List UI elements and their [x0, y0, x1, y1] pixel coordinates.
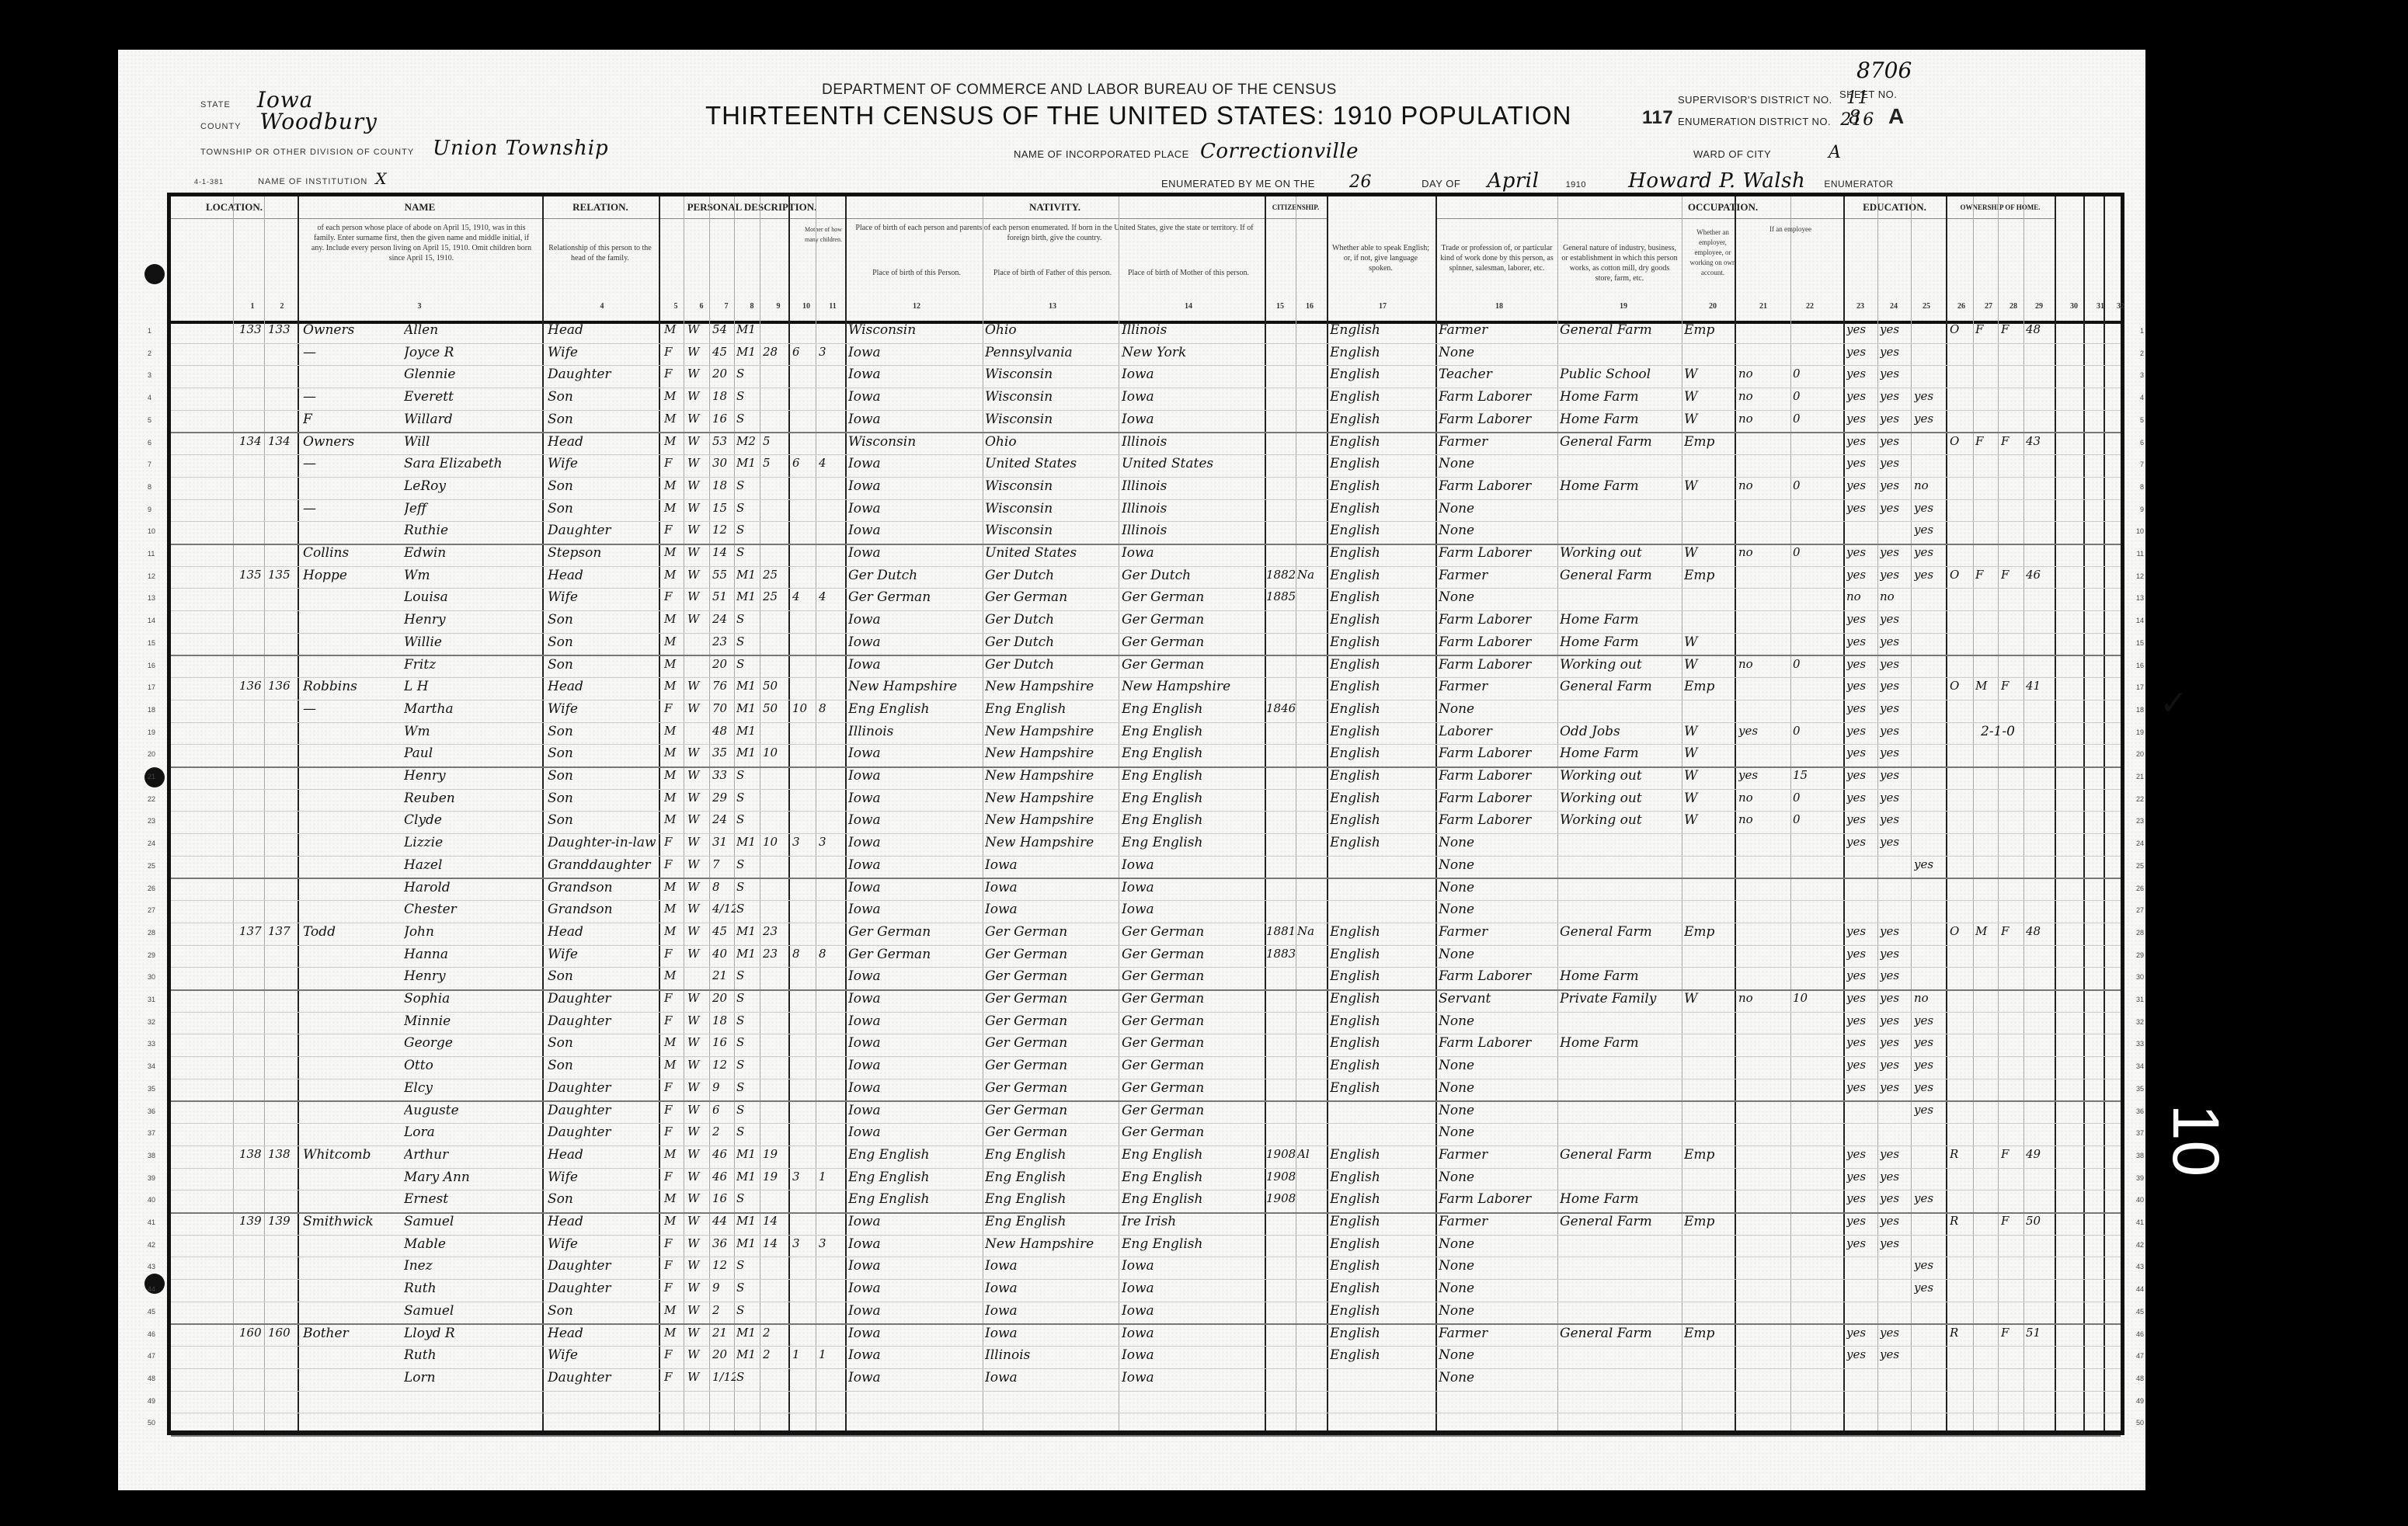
cell-race: W: [687, 1125, 708, 1138]
cell-birth: Wisconsin: [848, 434, 980, 450]
cell-read: yes: [1846, 679, 1877, 693]
cell-age: 23: [712, 634, 736, 648]
colnum-3: 3: [412, 302, 427, 311]
cell-mother-birth: Iowa: [1122, 1326, 1261, 1341]
cell-relation: Wife: [548, 947, 656, 962]
cell-sched: 48: [2026, 322, 2054, 336]
cell-farm: F: [2001, 322, 2023, 336]
cell-birth: Iowa: [848, 1035, 980, 1051]
table-row: 2929HannaWifeFW40M12388Ger GermanGer Ger…: [171, 945, 2121, 968]
cell-relation: Son: [548, 791, 656, 806]
cell-immig: 1908: [1266, 1147, 1296, 1161]
cell-marital: M1: [736, 835, 760, 849]
cell-sched: 43: [2026, 434, 2054, 448]
table-row: 2020PaulSonMW35M110IowaNew HampshireEng …: [171, 744, 2121, 768]
cell-relation: Head: [548, 1214, 656, 1229]
cell-emp: Emp: [1684, 679, 1732, 694]
cell-given: John: [404, 924, 540, 940]
cell-sex: M: [664, 389, 683, 403]
cell-born: 8: [792, 947, 814, 961]
line-number: 6: [148, 439, 151, 447]
cell-sex: F: [664, 1258, 683, 1272]
cell-surname: —: [303, 501, 404, 516]
cell-emp: Emp: [1684, 1326, 1732, 1341]
line-number-right: 6: [2140, 439, 2144, 447]
cell-weeks: 10: [1793, 991, 1841, 1005]
cell-write: yes: [1880, 412, 1909, 426]
cell-given: Jeff: [404, 501, 540, 516]
cell-race: W: [687, 1147, 708, 1161]
cell-write: yes: [1880, 701, 1909, 715]
birth-mother-heading: Place of birth of Mother of this person.: [1122, 268, 1254, 278]
cell-race: W: [687, 768, 708, 782]
checkmark-annotation: ✓: [2159, 683, 2188, 723]
cell-race: W: [687, 1303, 708, 1317]
cell-weeks: 0: [1793, 545, 1841, 559]
cell-industry: Home Farm: [1560, 746, 1676, 761]
enumerated-day: 26: [1349, 172, 1372, 192]
cell-father-birth: Ger German: [985, 947, 1117, 962]
cell-read: yes: [1846, 657, 1877, 671]
cell-given: Minnie: [404, 1013, 540, 1029]
line-number: 21: [148, 773, 155, 780]
cell-given: Lloyd R: [404, 1326, 540, 1341]
colnum-17: 17: [1375, 302, 1390, 311]
cell-marital: S: [736, 968, 760, 982]
line-number: 24: [148, 839, 155, 847]
cell-trade: None: [1439, 1170, 1555, 1185]
cell-sched: 50: [2026, 1214, 2054, 1228]
cell-english: English: [1330, 456, 1434, 471]
cell-sex: F: [664, 367, 683, 381]
cell-mother-birth: Ger Dutch: [1122, 568, 1261, 583]
cell-out: no: [1738, 389, 1788, 403]
cell-age: 36: [712, 1236, 736, 1250]
cell-english: English: [1330, 634, 1434, 650]
cell-mother-birth: New Hampshire: [1122, 679, 1261, 694]
table-row: 66134134OwnersWillHeadMW53M25WisconsinOh…: [171, 433, 2121, 456]
line-number-right: 23: [2136, 817, 2144, 825]
cell-trade: None: [1439, 1370, 1555, 1385]
cell-age: 14: [712, 545, 736, 559]
line-number: 48: [148, 1375, 155, 1382]
cell-race: W: [687, 1258, 708, 1272]
cell-birth: Iowa: [848, 1303, 980, 1319]
cell-read: yes: [1846, 812, 1877, 826]
cell-father-birth: United States: [985, 456, 1117, 471]
institution-field: 4-1-381 NAME OF INSTITUTION X: [194, 169, 388, 188]
line-number-right: 44: [2136, 1285, 2144, 1293]
line-number: 33: [148, 1040, 155, 1048]
line-number-right: 18: [2136, 706, 2144, 714]
cell-birth: Iowa: [848, 1370, 980, 1385]
table-row: 3131SophiaDaughterFW20SIowaGer GermanGer…: [171, 989, 2121, 1013]
cell-weeks: 0: [1793, 657, 1841, 671]
cell-read: yes: [1846, 568, 1877, 582]
cell-marital: S: [736, 857, 760, 871]
cell-own: O: [1950, 434, 1971, 448]
cell-sex: M: [664, 880, 683, 894]
cell-given: Will: [404, 434, 540, 450]
cell-read: yes: [1846, 791, 1877, 805]
cell-weeks: 0: [1793, 367, 1841, 381]
cell-father-birth: Iowa: [985, 880, 1117, 895]
cell-sex: F: [664, 589, 683, 603]
colnum-9: 9: [771, 302, 786, 311]
cell-age: 53: [712, 434, 736, 448]
cell-given: Inez: [404, 1258, 540, 1274]
sheet-no: 8: [1849, 106, 1861, 128]
cell-surname: Collins: [303, 545, 404, 561]
cell-marital: M1: [736, 679, 760, 693]
line-number: 1: [148, 327, 151, 335]
cell-mother-birth: Eng English: [1122, 1236, 1261, 1252]
cell-emp: Emp: [1684, 1147, 1732, 1163]
cell-write: yes: [1880, 1147, 1909, 1161]
cell-father-birth: Iowa: [985, 857, 1117, 873]
cell-yrs-married: 25: [763, 589, 786, 603]
cell-marital: S: [736, 1080, 760, 1094]
cell-mother-birth: Ger German: [1122, 947, 1261, 962]
cell-english: English: [1330, 478, 1434, 494]
cell-emp: Emp: [1684, 568, 1732, 583]
cell-write: no: [1880, 589, 1909, 603]
cell-mother-birth: Ger German: [1122, 968, 1261, 984]
cell-given: Edwin: [404, 545, 540, 561]
cell-race: W: [687, 1347, 708, 1361]
cell-write: yes: [1880, 1013, 1909, 1027]
cell-father-birth: Ohio: [985, 322, 1117, 338]
cell-school: yes: [1914, 1035, 1945, 1049]
cell-trade: Farmer: [1439, 568, 1555, 583]
cell-marital: S: [736, 478, 760, 492]
cell-trade: Farm Laborer: [1439, 1035, 1555, 1051]
table-row: 1111CollinsEdwinStepsonMW14SIowaUnited S…: [171, 544, 2121, 567]
cell-emp: W: [1684, 724, 1732, 739]
cell-english: English: [1330, 589, 1434, 605]
enumerated-label: ENUMERATED BY ME ON THE: [1161, 178, 1315, 189]
cell-mother-birth: Illinois: [1122, 322, 1261, 338]
cell-english: English: [1330, 1170, 1434, 1185]
cell-relation: Son: [548, 634, 656, 650]
cell-sex: M: [664, 1214, 683, 1228]
table-row: 44—EverettSonMW18SIowaWisconsinIowaEngli…: [171, 388, 2121, 411]
cell-trade: Farm Laborer: [1439, 791, 1555, 806]
cell-sex: F: [664, 456, 683, 470]
cell-birth: Iowa: [848, 991, 980, 1006]
cell-dwelling: 138: [239, 1147, 264, 1161]
colnum-28: 28: [2006, 302, 2021, 311]
cell-industry: General Farm: [1560, 1147, 1676, 1163]
cell-father-birth: Ger German: [985, 1125, 1117, 1140]
cell-birth: Iowa: [848, 880, 980, 895]
cell-father-birth: New Hampshire: [985, 768, 1117, 784]
colnum-24: 24: [1886, 302, 1902, 311]
line-number: 44: [148, 1285, 155, 1293]
cell-trade: None: [1439, 1058, 1555, 1073]
cell-relation: Daughter: [548, 1258, 656, 1274]
cell-marital: S: [736, 768, 760, 782]
cell-immig: 1846: [1266, 701, 1296, 715]
cell-age: 18: [712, 1013, 736, 1027]
cell-write: yes: [1880, 434, 1909, 448]
cell-race: W: [687, 412, 708, 426]
line-number-right: 40: [2136, 1196, 2144, 1204]
cell-industry: Working out: [1560, 812, 1676, 828]
cell-farm: F: [2001, 434, 2023, 448]
cell-race: W: [687, 389, 708, 403]
cell-sex: M: [664, 545, 683, 559]
cell-mother-birth: Eng English: [1122, 1147, 1261, 1163]
cell-race: W: [687, 545, 708, 559]
line-number-right: 8: [2140, 483, 2144, 491]
cell-trade: Farm Laborer: [1439, 768, 1555, 784]
cell-given: Mable: [404, 1236, 540, 1252]
cell-birth: Iowa: [848, 389, 980, 405]
cell-industry: General Farm: [1560, 322, 1676, 338]
cell-marital: S: [736, 389, 760, 403]
cell-dwelling: 134: [239, 434, 264, 448]
line-number: 39: [148, 1174, 155, 1182]
line-number-right: 30: [2136, 973, 2144, 981]
cell-father-birth: Iowa: [985, 1258, 1117, 1274]
cell-trade: Farmer: [1439, 434, 1555, 450]
line-number-right: 19: [2136, 728, 2144, 736]
cell-race: W: [687, 902, 708, 916]
line-number: 41: [148, 1218, 155, 1226]
township-value: Union Township: [433, 137, 609, 160]
cell-father-birth: Eng English: [985, 1170, 1117, 1185]
cell-birth: Iowa: [848, 857, 980, 873]
cell-school: yes: [1914, 1080, 1945, 1094]
cell-read: yes: [1846, 634, 1877, 648]
cell-yrs-married: 10: [763, 746, 786, 760]
cell-read: yes: [1846, 478, 1877, 492]
cell-immig: 1881: [1266, 924, 1296, 938]
colnum-8: 8: [744, 302, 760, 311]
line-number-right: 14: [2136, 617, 2144, 624]
cell-race: W: [687, 746, 708, 760]
cell-mother-birth: Iowa: [1122, 412, 1261, 427]
cell-weeks: 0: [1793, 478, 1841, 492]
cell-given: Lizzie: [404, 835, 540, 850]
cell-birth: Illinois: [848, 724, 980, 739]
cell-mother-birth: Iowa: [1122, 1303, 1261, 1319]
incorporated-place-label: NAME OF INCORPORATED PLACE: [1014, 148, 1189, 160]
cell-father-birth: Ger German: [985, 968, 1117, 984]
cell-given: Samuel: [404, 1303, 540, 1319]
line-number-right: 35: [2136, 1085, 2144, 1093]
cell-birth: Iowa: [848, 412, 980, 427]
cell-read: no: [1846, 589, 1877, 603]
cell-relation: Son: [548, 812, 656, 828]
cell-relation: Son: [548, 1035, 656, 1051]
cell-english: English: [1330, 545, 1434, 561]
cell-trade: Farm Laborer: [1439, 1191, 1555, 1207]
ward-field: WARD OF CITY A: [1693, 143, 1841, 162]
cell-marital: S: [736, 812, 760, 826]
table-row: 1717136136RobbinsL HHeadMW76M150New Hamp…: [171, 677, 2121, 700]
table-row: 2222ReubenSonMW29SIowaNew HampshireEng E…: [171, 789, 2121, 812]
cell-age: 46: [712, 1147, 736, 1161]
cell-english: English: [1330, 968, 1434, 984]
cell-dwelling: 160: [239, 1326, 264, 1340]
cell-father-birth: Ger German: [985, 1013, 1117, 1029]
cell-sex: F: [664, 1236, 683, 1250]
cell-race: W: [687, 1214, 708, 1228]
cell-read: yes: [1846, 724, 1877, 738]
line-number-right: 4: [2140, 394, 2144, 401]
cell-sex: F: [664, 1281, 683, 1295]
cell-trade: Farmer: [1439, 679, 1555, 694]
township-label: TOWNSHIP OR OTHER DIVISION OF COUNTY: [200, 148, 414, 157]
cell-read: yes: [1846, 835, 1877, 849]
cell-emp: W: [1684, 791, 1732, 806]
table-row: 3535ElcyDaughterFW9SIowaGer GermanGer Ge…: [171, 1079, 2121, 1103]
table-row: 77—Sara ElizabethWifeFW30M1564IowaUnited…: [171, 454, 2121, 478]
colnum-15: 15: [1272, 302, 1288, 311]
cell-given: LeRoy: [404, 478, 540, 494]
cell-yrs-married: 14: [763, 1236, 786, 1250]
cell-english: English: [1330, 679, 1434, 694]
cell-mother-birth: Iowa: [1122, 857, 1261, 873]
cell-marital: S: [736, 1370, 760, 1384]
cell-free: M: [1975, 679, 1997, 693]
cell-given: Elcy: [404, 1080, 540, 1096]
cell-write: yes: [1880, 1347, 1909, 1361]
cell-own: O: [1950, 568, 1971, 582]
cell-english: English: [1330, 812, 1434, 828]
cell-marital: M1: [736, 1170, 760, 1184]
cell-living: 3: [819, 835, 842, 849]
cell-read: yes: [1846, 1191, 1877, 1205]
cell-age: 2: [712, 1303, 736, 1317]
cell-farm: F: [2001, 1326, 2023, 1340]
cell-age: 12: [712, 1258, 736, 1272]
line-number: 14: [148, 617, 155, 624]
cell-school: yes: [1914, 545, 1945, 559]
cell-age: 54: [712, 322, 736, 336]
cell-mother-birth: Ger German: [1122, 1080, 1261, 1096]
cell-english: English: [1330, 1191, 1434, 1207]
colnum-4: 4: [594, 302, 610, 311]
line-number-right: 1: [2140, 327, 2144, 335]
line-number-right: 13: [2136, 594, 2144, 602]
cell-age: 7: [712, 857, 736, 871]
cell-own: R: [1950, 1214, 1971, 1228]
census-table: LOCATION. NAME RELATION. PERSONAL DESCRI…: [167, 193, 2124, 1435]
cell-birth: Iowa: [848, 657, 980, 673]
nativity-instructions: Place of birth of each person and parent…: [851, 223, 1258, 243]
cell-birth: Eng English: [848, 701, 980, 717]
table-row: 2121HenrySonMW33SIowaNew HampshireEng En…: [171, 766, 2121, 790]
cell-birth: Wisconsin: [848, 322, 980, 338]
cell-birth: Iowa: [848, 1258, 980, 1274]
cell-sex: M: [664, 968, 683, 982]
county-field: COUNTY Woodbury: [200, 109, 378, 134]
line-number: 3: [148, 371, 151, 379]
cell-immig: 1883: [1266, 947, 1296, 961]
cell-race: W: [687, 812, 708, 826]
cell-weeks: 0: [1793, 724, 1841, 738]
cell-race: W: [687, 991, 708, 1005]
cell-english: English: [1330, 924, 1434, 940]
cell-relation: Wife: [548, 1347, 656, 1363]
cell-born: 1: [792, 1347, 814, 1361]
cell-trade: Farm Laborer: [1439, 968, 1555, 984]
enumerator-name: Howard P. Walsh: [1628, 169, 1805, 193]
cell-marital: M1: [736, 701, 760, 715]
cell-trade: None: [1439, 1303, 1555, 1319]
table-row: 1818—MarthaWifeFW70M150108Eng EnglishEng…: [171, 700, 2121, 723]
line-number: 50: [148, 1419, 155, 1427]
cell-farm: F: [2001, 679, 2023, 693]
cell-given: Clyde: [404, 812, 540, 828]
table-row: 4242MableWifeFW36M11433IowaNew Hampshire…: [171, 1235, 2121, 1258]
colnum-21: 21: [1756, 302, 1771, 311]
cell-age: 29: [712, 791, 736, 805]
cell-living: 4: [819, 456, 842, 470]
cell-own: O: [1950, 679, 1971, 693]
cell-given: L H: [404, 679, 540, 694]
cell-immig: 1908: [1266, 1191, 1296, 1205]
cell-read: yes: [1846, 768, 1877, 782]
cell-sex: F: [664, 857, 683, 871]
cell-age: 45: [712, 345, 736, 359]
cell-age: 40: [712, 947, 736, 961]
cell-father-birth: Wisconsin: [985, 412, 1117, 427]
cell-race: W: [687, 791, 708, 805]
cell-marital: S: [736, 1258, 760, 1272]
cell-write: yes: [1880, 322, 1909, 336]
cell-school: yes: [1914, 1058, 1945, 1072]
cell-industry: General Farm: [1560, 568, 1676, 583]
census-title: THIRTEENTH CENSUS OF THE UNITED STATES: …: [705, 101, 1571, 130]
cell-age: 12: [712, 1058, 736, 1072]
cell-marital: M2: [736, 434, 760, 448]
table-row: 2828137137ToddJohnHeadMW45M123Ger German…: [171, 923, 2121, 946]
cell-marital: S: [736, 791, 760, 805]
cell-race: W: [687, 478, 708, 492]
line-number-right: 49: [2136, 1397, 2144, 1405]
cell-trade: Farm Laborer: [1439, 389, 1555, 405]
line-number-right: 3: [2140, 371, 2144, 379]
line-number-right: 17: [2136, 683, 2144, 691]
cell-living: 3: [819, 345, 842, 359]
sheet-number-value: 8 A: [1849, 104, 1905, 129]
cell-father-birth: New Hampshire: [985, 1236, 1117, 1252]
cell-industry: Home Farm: [1560, 1191, 1676, 1207]
cell-sex: M: [664, 634, 683, 648]
cell-emp: Emp: [1684, 1214, 1732, 1229]
cell-given: Glennie: [404, 367, 540, 382]
cell-sex: F: [664, 1125, 683, 1138]
cell-read: yes: [1846, 1170, 1877, 1184]
cell-trade: Farmer: [1439, 322, 1555, 338]
cell-sex: M: [664, 1035, 683, 1049]
cell-trade: Teacher: [1439, 367, 1555, 382]
cell-trade: None: [1439, 835, 1555, 850]
cell-marital: M1: [736, 322, 760, 336]
cell-marital: S: [736, 991, 760, 1005]
cell-mother-birth: Ger German: [1122, 1058, 1261, 1073]
line-number-right: 41: [2136, 1218, 2144, 1226]
cell-surname: F: [303, 412, 404, 427]
cell-mother-birth: Eng English: [1122, 701, 1261, 717]
cell-english: English: [1330, 345, 1434, 360]
cell-dwelling: 133: [239, 322, 264, 336]
cell-english: English: [1330, 1013, 1434, 1029]
